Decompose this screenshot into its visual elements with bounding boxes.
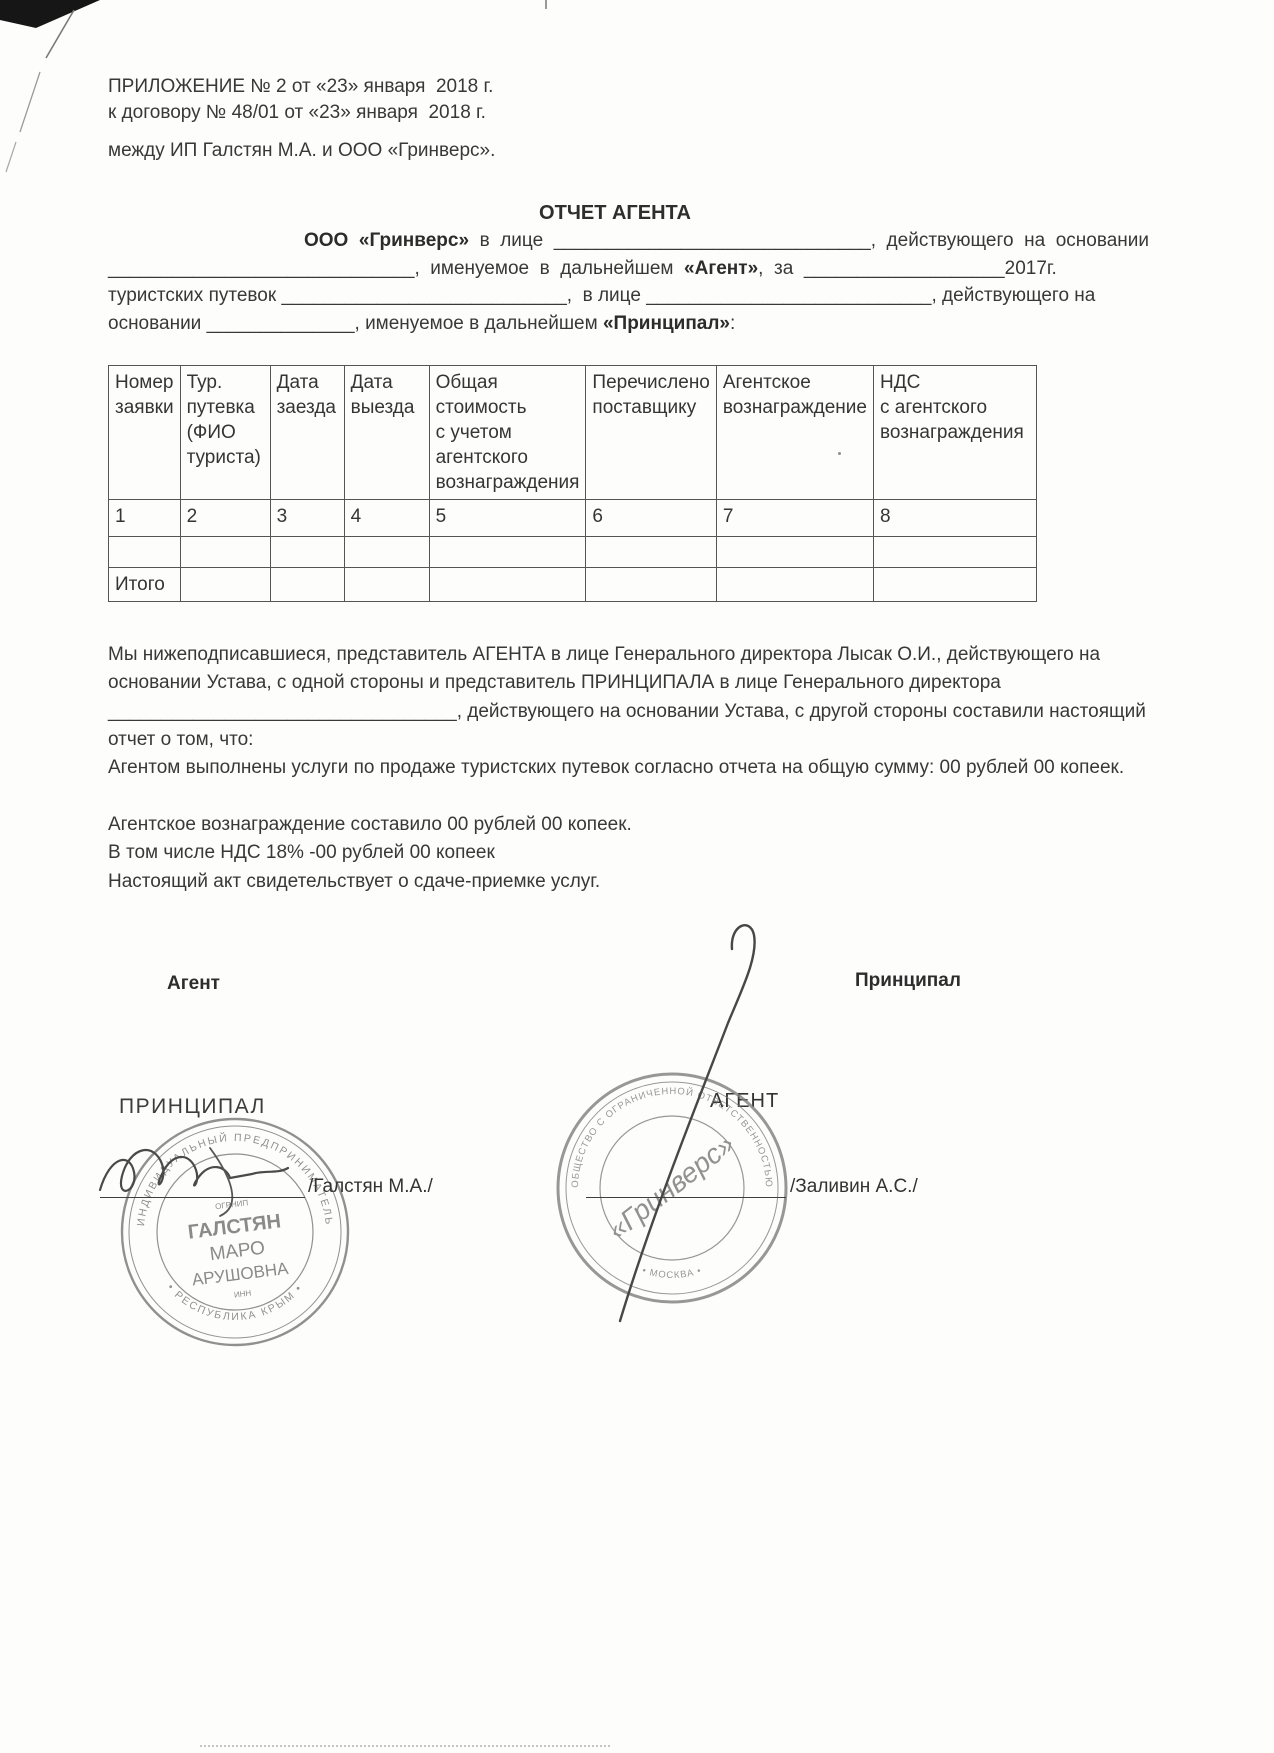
col-header-request-number: Номер заявки — [109, 366, 181, 500]
intro-line-4: основании ______________, именуемое в да… — [108, 310, 1168, 338]
services-total-line: Агентом выполнены услуги по продаже тури… — [108, 754, 1168, 782]
stamp-name-line3: АРУШОВНА — [191, 1259, 290, 1290]
total-label: Итого — [109, 568, 181, 602]
col-header-agent-fee: Агентское вознаграждение — [716, 366, 873, 500]
empty-cell — [716, 537, 873, 568]
empty-cell — [586, 568, 716, 602]
empty-cell — [873, 568, 1036, 602]
appendix-header: ПРИЛОЖЕНИЕ № 2 от «23» января 2018 г. к … — [108, 74, 495, 164]
empty-cell — [429, 537, 586, 568]
undersigned-paragraph: Мы нижеподписавшиеся, представитель АГЕН… — [108, 641, 1168, 782]
principal-heading: Принципал — [855, 970, 961, 992]
principal-signature-line — [100, 1197, 305, 1198]
appendix-line-parties: между ИП Галстян М.А. и ООО «Гринверс». — [108, 138, 495, 164]
scan-tick-artifact — [545, 0, 547, 9]
blank-field: _____________________________ — [108, 258, 414, 279]
table-header-row: Номер заявки Тур. путевка (ФИО туриста) … — [109, 366, 1037, 500]
principal-term: «Принципал» — [603, 313, 730, 334]
scan-dotted-line-artifact — [200, 1745, 610, 1747]
agent-report-table: Номер заявки Тур. путевка (ФИО туриста) … — [108, 365, 1037, 602]
agent-term: «Агент» — [684, 258, 758, 279]
empty-cell — [586, 537, 716, 568]
empty-cell — [270, 537, 344, 568]
empty-cell — [873, 537, 1036, 568]
agent-heading: Агент — [167, 973, 220, 995]
empty-cell — [716, 568, 873, 602]
principal-name-text: /Галстян М.А./ — [308, 1176, 433, 1198]
blank-field: _________________________________ — [108, 701, 457, 722]
stamp-rim-bottom-text: • РЕСПУБЛИКА КРЫМ • — [165, 1282, 306, 1323]
empty-cell — [109, 537, 181, 568]
total-row: Итого — [109, 568, 1037, 602]
empty-cell — [429, 568, 586, 602]
document-title: ОТЧЕТ АГЕНТА — [108, 202, 1122, 225]
empty-cell — [344, 537, 429, 568]
intro-line-2: _____________________________, именуемое… — [108, 255, 1168, 283]
col-header-vat: НДС с агентского вознаграждения — [873, 366, 1036, 500]
col-number: 7 — [716, 500, 873, 537]
empty-cell — [344, 568, 429, 602]
empty-cell — [180, 568, 270, 602]
col-header-arrival-date: Дата заезда — [270, 366, 344, 500]
agent-handwritten-stroke — [580, 915, 800, 1335]
col-number: 8 — [873, 500, 1036, 537]
intro-paragraph: ООО «Гринверс» в лице __________________… — [108, 227, 1168, 337]
company-name: ООО «Гринверс» — [304, 230, 469, 251]
col-header-paid-to-supplier: Перечислено поставщику — [586, 366, 716, 500]
appendix-line-2: к договору № 48/01 от «23» января 2018 г… — [108, 100, 495, 126]
col-number: 3 — [270, 500, 344, 537]
stamp-inn-text: ИНН — [233, 1288, 251, 1299]
col-header-tour-voucher: Тур. путевка (ФИО туриста) — [180, 366, 270, 500]
intro-line-1: ООО «Гринверс» в лице __________________… — [108, 227, 1168, 255]
principal-handwritten-signature — [92, 1128, 327, 1223]
fee-paragraph: Агентское вознаграждение составило 00 ру… — [108, 811, 1168, 896]
col-header-departure-date: Дата выезда — [344, 366, 429, 500]
vat-line: В том числе НДС 18% -00 рублей 00 копеек — [108, 839, 1168, 867]
empty-cell — [180, 537, 270, 568]
agent-fee-line: Агентское вознаграждение составило 00 ру… — [108, 811, 1168, 839]
agent-name-text: /Заливин А.С./ — [790, 1176, 918, 1198]
empty-data-row — [109, 537, 1037, 568]
agent-signature-line — [586, 1197, 786, 1198]
appendix-line-1: ПРИЛОЖЕНИЕ № 2 от «23» января 2018 г. — [108, 74, 495, 100]
col-header-total-cost: Общая стоимость с учетом агентского возн… — [429, 366, 586, 500]
empty-cell — [270, 568, 344, 602]
col-number: 4 — [344, 500, 429, 537]
document-page: ПРИЛОЖЕНИЕ № 2 от «23» января 2018 г. к … — [0, 0, 1274, 1753]
blank-field: ___________________ — [804, 258, 1005, 279]
col-number: 2 — [180, 500, 270, 537]
column-number-row: 1 2 3 4 5 6 7 8 — [109, 500, 1037, 537]
year-text: 2017г. — [1005, 258, 1057, 279]
col-number: 6 — [586, 500, 716, 537]
col-number: 1 — [109, 500, 181, 537]
intro-line-3: туристских путевок _____________________… — [108, 282, 1168, 310]
acceptance-line: Настоящий акт свидетельствует о сдаче-пр… — [108, 868, 1168, 896]
col-number: 5 — [429, 500, 586, 537]
stamp-name-line2: МАРО — [209, 1238, 267, 1266]
